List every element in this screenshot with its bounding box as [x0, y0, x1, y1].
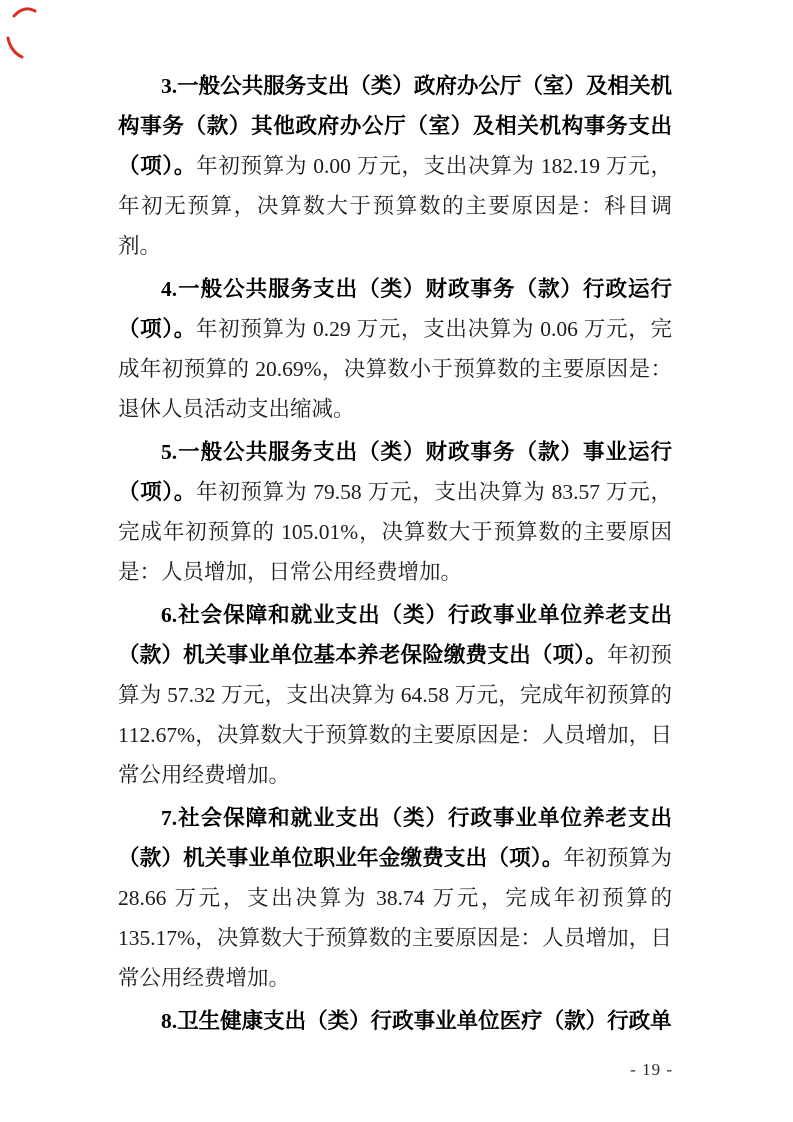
- para-item-8: 8.卫生健康支出（类）行政事业单位医疗（款）行政单: [118, 1001, 672, 1041]
- document-page: 3.一般公共服务支出（类）政府办公厅（室）及相关机构事务（款）其他政府办公厅（室…: [0, 0, 793, 1122]
- red-pen-stroke: [14, 9, 35, 16]
- budget-item-title: 6.社会保障和就业支出（类）行政事业单位养老支出（款）机关事业单位基本养老保险缴…: [118, 603, 672, 667]
- para-item-5: 5.一般公共服务支出（类）财政事务（款）事业运行（项）。年初预算为 79.58 …: [118, 432, 672, 592]
- budget-item-detail: 年初预算为 0.29 万元，支出决算为 0.06 万元，完成年初预算的 20.6…: [118, 317, 672, 421]
- para-item-7: 7.社会保障和就业支出（类）行政事业单位养老支出（款）机关事业单位职业年金缴费支…: [118, 798, 672, 998]
- budget-paragraphs: 3.一般公共服务支出（类）政府办公厅（室）及相关机构事务（款）其他政府办公厅（室…: [118, 66, 672, 1044]
- budget-item-detail: 年初预算为 0.00 万元，支出决算为 182.19 万元，年初无预算，决算数大…: [118, 154, 672, 258]
- para-item-4: 4.一般公共服务支出（类）财政事务（款）行政运行（项）。年初预算为 0.29 万…: [118, 269, 672, 429]
- red-pen-stroke: [8, 38, 22, 57]
- para-item-3: 3.一般公共服务支出（类）政府办公厅（室）及相关机构事务（款）其他政府办公厅（室…: [118, 66, 672, 266]
- page-number: - 19 -: [630, 1058, 673, 1082]
- budget-item-detail: 年初预算为 79.58 万元，支出决算为 83.57 万元，完成年初预算的 10…: [118, 480, 672, 584]
- budget-item-title: 8.卫生健康支出（类）行政事业单位医疗（款）行政单: [161, 1009, 672, 1033]
- red-pen-marks: [0, 0, 60, 70]
- para-item-6: 6.社会保障和就业支出（类）行政事业单位养老支出（款）机关事业单位基本养老保险缴…: [118, 595, 672, 795]
